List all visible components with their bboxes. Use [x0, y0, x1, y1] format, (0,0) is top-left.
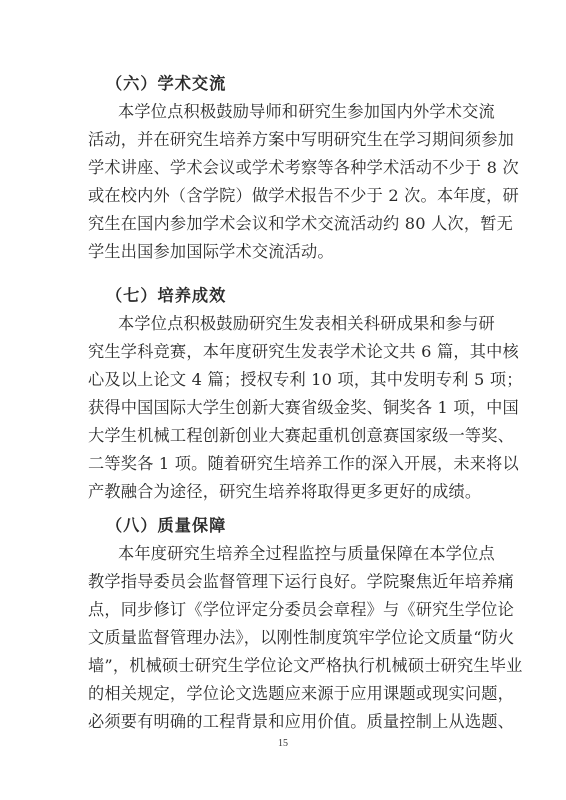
paragraph-line: 学术讲座、学术会议或学术考察等各种学术活动不少于 8 次 — [88, 158, 482, 178]
paragraph-line: 文质量监督管理办法》，以刚性制度筑牢学位论文质量“防火 — [88, 628, 482, 648]
paragraph-line: 究生学科竞赛，本年度研究生发表学术论文共 6 篇，其中核 — [88, 342, 482, 362]
paragraph-line: 本年度研究生培养全过程监控与质量保障在本学位点 — [118, 544, 482, 564]
paragraph-line: 点，同步修订《学位评定分委员会章程》与《研究生学位论 — [88, 600, 482, 620]
paragraph-line: 获得中国国际大学生创新大赛省级金奖、铜奖各 1 项，中国 — [88, 398, 482, 418]
section-heading-academic-exchange: （六）学术交流 — [106, 74, 226, 94]
paragraph-line: 大学生机械工程创新创业大赛起重机创意赛国家级一等奖、 — [88, 426, 482, 446]
paragraph-line: 心及以上论文 4 篇；授权专利 10 项，其中发明专利 5 项； — [88, 370, 482, 390]
page-number: 15 — [0, 738, 566, 749]
section-heading-training-results: （七）培养成效 — [106, 286, 226, 306]
paragraph-line: 学生出国参加国际学术交流活动。 — [88, 242, 482, 262]
paragraph-line: 的相关规定，学位论文选题应来源于应用课题或现实问题， — [88, 684, 482, 704]
paragraph-line: 本学位点积极鼓励研究生发表相关科研成果和参与研 — [118, 314, 482, 334]
paragraph-line: 教学指导委员会监督管理下运行良好。学院聚焦近年培养痛 — [88, 572, 482, 592]
paragraph-line: 究生在国内参加学术会议和学术交流活动约 80 人次，暂无 — [88, 214, 482, 234]
paragraph-line: 二等奖各 1 项。随着研究生培养工作的深入开展，未来将以 — [88, 454, 482, 474]
paragraph-line: 本学位点积极鼓励导师和研究生参加国内外学术交流 — [118, 102, 482, 122]
paragraph-line: 必须要有明确的工程背景和应用价值。质量控制上从选题、 — [88, 712, 482, 732]
paragraph-line: 活动，并在研究生培养方案中写明研究生在学习期间须参加 — [88, 130, 482, 150]
section-heading-quality-assurance: （八）质量保障 — [106, 516, 226, 536]
paragraph-line: 产教融合为途径，研究生培养将取得更多更好的成绩。 — [88, 482, 482, 502]
paragraph-line: 墙”，机械硕士研究生学位论文严格执行机械硕士研究生毕业 — [88, 656, 482, 676]
paragraph-line: 或在校内外（含学院）做学术报告不少于 2 次。本年度，研 — [88, 186, 482, 206]
document-page: （六）学术交流 本学位点积极鼓励导师和研究生参加国内外学术交流 活动，并在研究生… — [0, 0, 566, 800]
